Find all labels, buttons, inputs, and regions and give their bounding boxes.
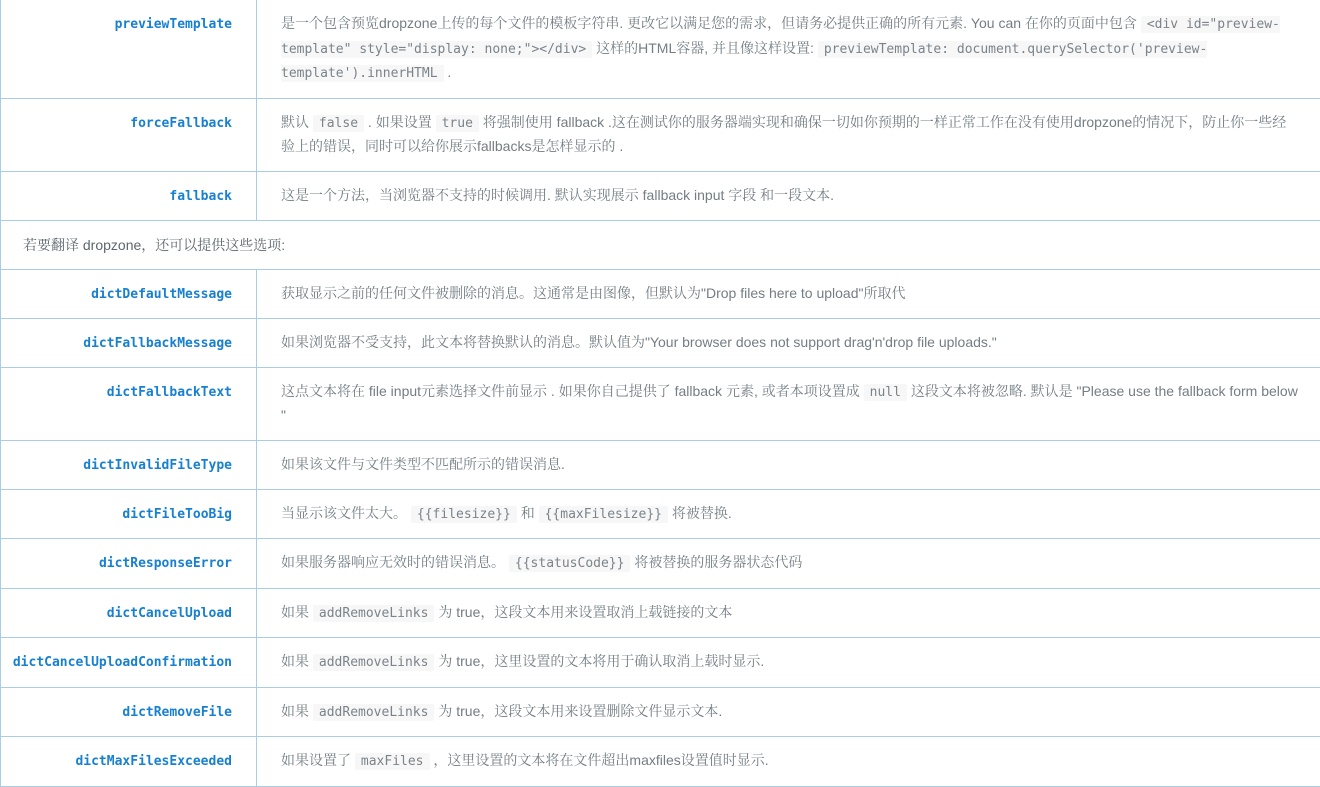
table-row: fallback这是一个方法，当浏览器不支持的时候调用. 默认实现展示 fall… — [1, 171, 1320, 220]
inline-code: null — [864, 384, 907, 401]
table-row: dictFileTooBig当显示该文件太大。 {{filesize}} 和 {… — [1, 489, 1320, 539]
option-description: 如果 addRemoveLinks 为 true，这里设置的文本将用于确认取消上… — [257, 638, 1320, 688]
option-name: dictResponseError — [1, 539, 257, 589]
option-name: dictCancelUpload — [1, 588, 257, 638]
option-name: dictInvalidFileType — [1, 440, 257, 489]
option-description: 如果服务器响应无效时的错误消息。 {{statusCode}} 将被替换的服务器… — [257, 539, 1320, 589]
options-table-body: previewTemplate是一个包含预览dropzone上传的每个文件的模板… — [1, 0, 1320, 786]
inline-code: {{maxFilesize}} — [539, 506, 668, 523]
option-name: forceFallback — [1, 98, 257, 171]
table-row: dictFallbackText这点文本将在 file input元素选择文件前… — [1, 367, 1320, 440]
inline-code: addRemoveLinks — [313, 605, 435, 622]
option-name: previewTemplate — [1, 0, 257, 98]
table-row: forceFallback默认 false . 如果设置 true 将强制使用 … — [1, 98, 1320, 171]
table-row: dictCancelUploadConfirmation如果 addRemove… — [1, 638, 1320, 688]
note-row: 若要翻译 dropzone，还可以提供这些选项: — [1, 220, 1320, 269]
option-description: 这点文本将在 file input元素选择文件前显示 . 如果你自己提供了 fa… — [257, 367, 1320, 440]
option-name: dictFallbackText — [1, 367, 257, 440]
table-row: dictDefaultMessage获取显示之前的任何文件被删除的消息。这通常是… — [1, 269, 1320, 318]
option-name: dictRemoveFile — [1, 687, 257, 737]
table-row: dictMaxFilesExceeded如果设置了 maxFiles ，这里设置… — [1, 737, 1320, 787]
inline-code: addRemoveLinks — [313, 704, 435, 721]
table-row: previewTemplate是一个包含预览dropzone上传的每个文件的模板… — [1, 0, 1320, 98]
option-description: 如果 addRemoveLinks 为 true，这段文本用来设置取消上载链接的… — [257, 588, 1320, 638]
table-row: dictFallbackMessage如果浏览器不受支持，此文本将替换默认的消息… — [1, 318, 1320, 367]
option-name: fallback — [1, 171, 257, 220]
option-name: dictCancelUploadConfirmation — [1, 638, 257, 688]
inline-code: true — [436, 115, 479, 132]
option-description: 这是一个方法，当浏览器不支持的时候调用. 默认实现展示 fallback inp… — [257, 171, 1320, 220]
section-note: 若要翻译 dropzone，还可以提供这些选项: — [1, 220, 1320, 269]
inline-code: maxFiles — [355, 753, 430, 770]
option-description: 是一个包含预览dropzone上传的每个文件的模板字符串. 更改它以满足您的需求… — [257, 0, 1320, 98]
option-description: 获取显示之前的任何文件被删除的消息。这通常是由图像，但默认为"Drop file… — [257, 269, 1320, 318]
option-name: dictMaxFilesExceeded — [1, 737, 257, 787]
inline-code: addRemoveLinks — [313, 654, 435, 671]
inline-code: {{filesize}} — [411, 506, 517, 523]
table-row: dictCancelUpload如果 addRemoveLinks 为 true… — [1, 588, 1320, 638]
option-description: 如果设置了 maxFiles ，这里设置的文本将在文件超出maxfiles设置值… — [257, 737, 1320, 787]
option-description: 默认 false . 如果设置 true 将强制使用 fallback .这在测… — [257, 98, 1320, 171]
option-name: dictDefaultMessage — [1, 269, 257, 318]
option-description: 如果该文件与文件类型不匹配所示的错误消息. — [257, 440, 1320, 489]
option-description: 如果浏览器不受支持，此文本将替换默认的消息。默认值为"Your browser … — [257, 318, 1320, 367]
option-name: dictFallbackMessage — [1, 318, 257, 367]
option-name: dictFileTooBig — [1, 489, 257, 539]
inline-code: false — [313, 115, 364, 132]
table-row: dictRemoveFile如果 addRemoveLinks 为 true，这… — [1, 687, 1320, 737]
option-description: 如果 addRemoveLinks 为 true，这段文本用来设置删除文件显示文… — [257, 687, 1320, 737]
dropzone-options-table: previewTemplate是一个包含预览dropzone上传的每个文件的模板… — [0, 0, 1320, 787]
inline-code: {{statusCode}} — [509, 555, 631, 572]
table-row: dictInvalidFileType如果该文件与文件类型不匹配所示的错误消息. — [1, 440, 1320, 489]
option-description: 当显示该文件太大。 {{filesize}} 和 {{maxFilesize}}… — [257, 489, 1320, 539]
table-row: dictResponseError如果服务器响应无效时的错误消息。 {{stat… — [1, 539, 1320, 589]
